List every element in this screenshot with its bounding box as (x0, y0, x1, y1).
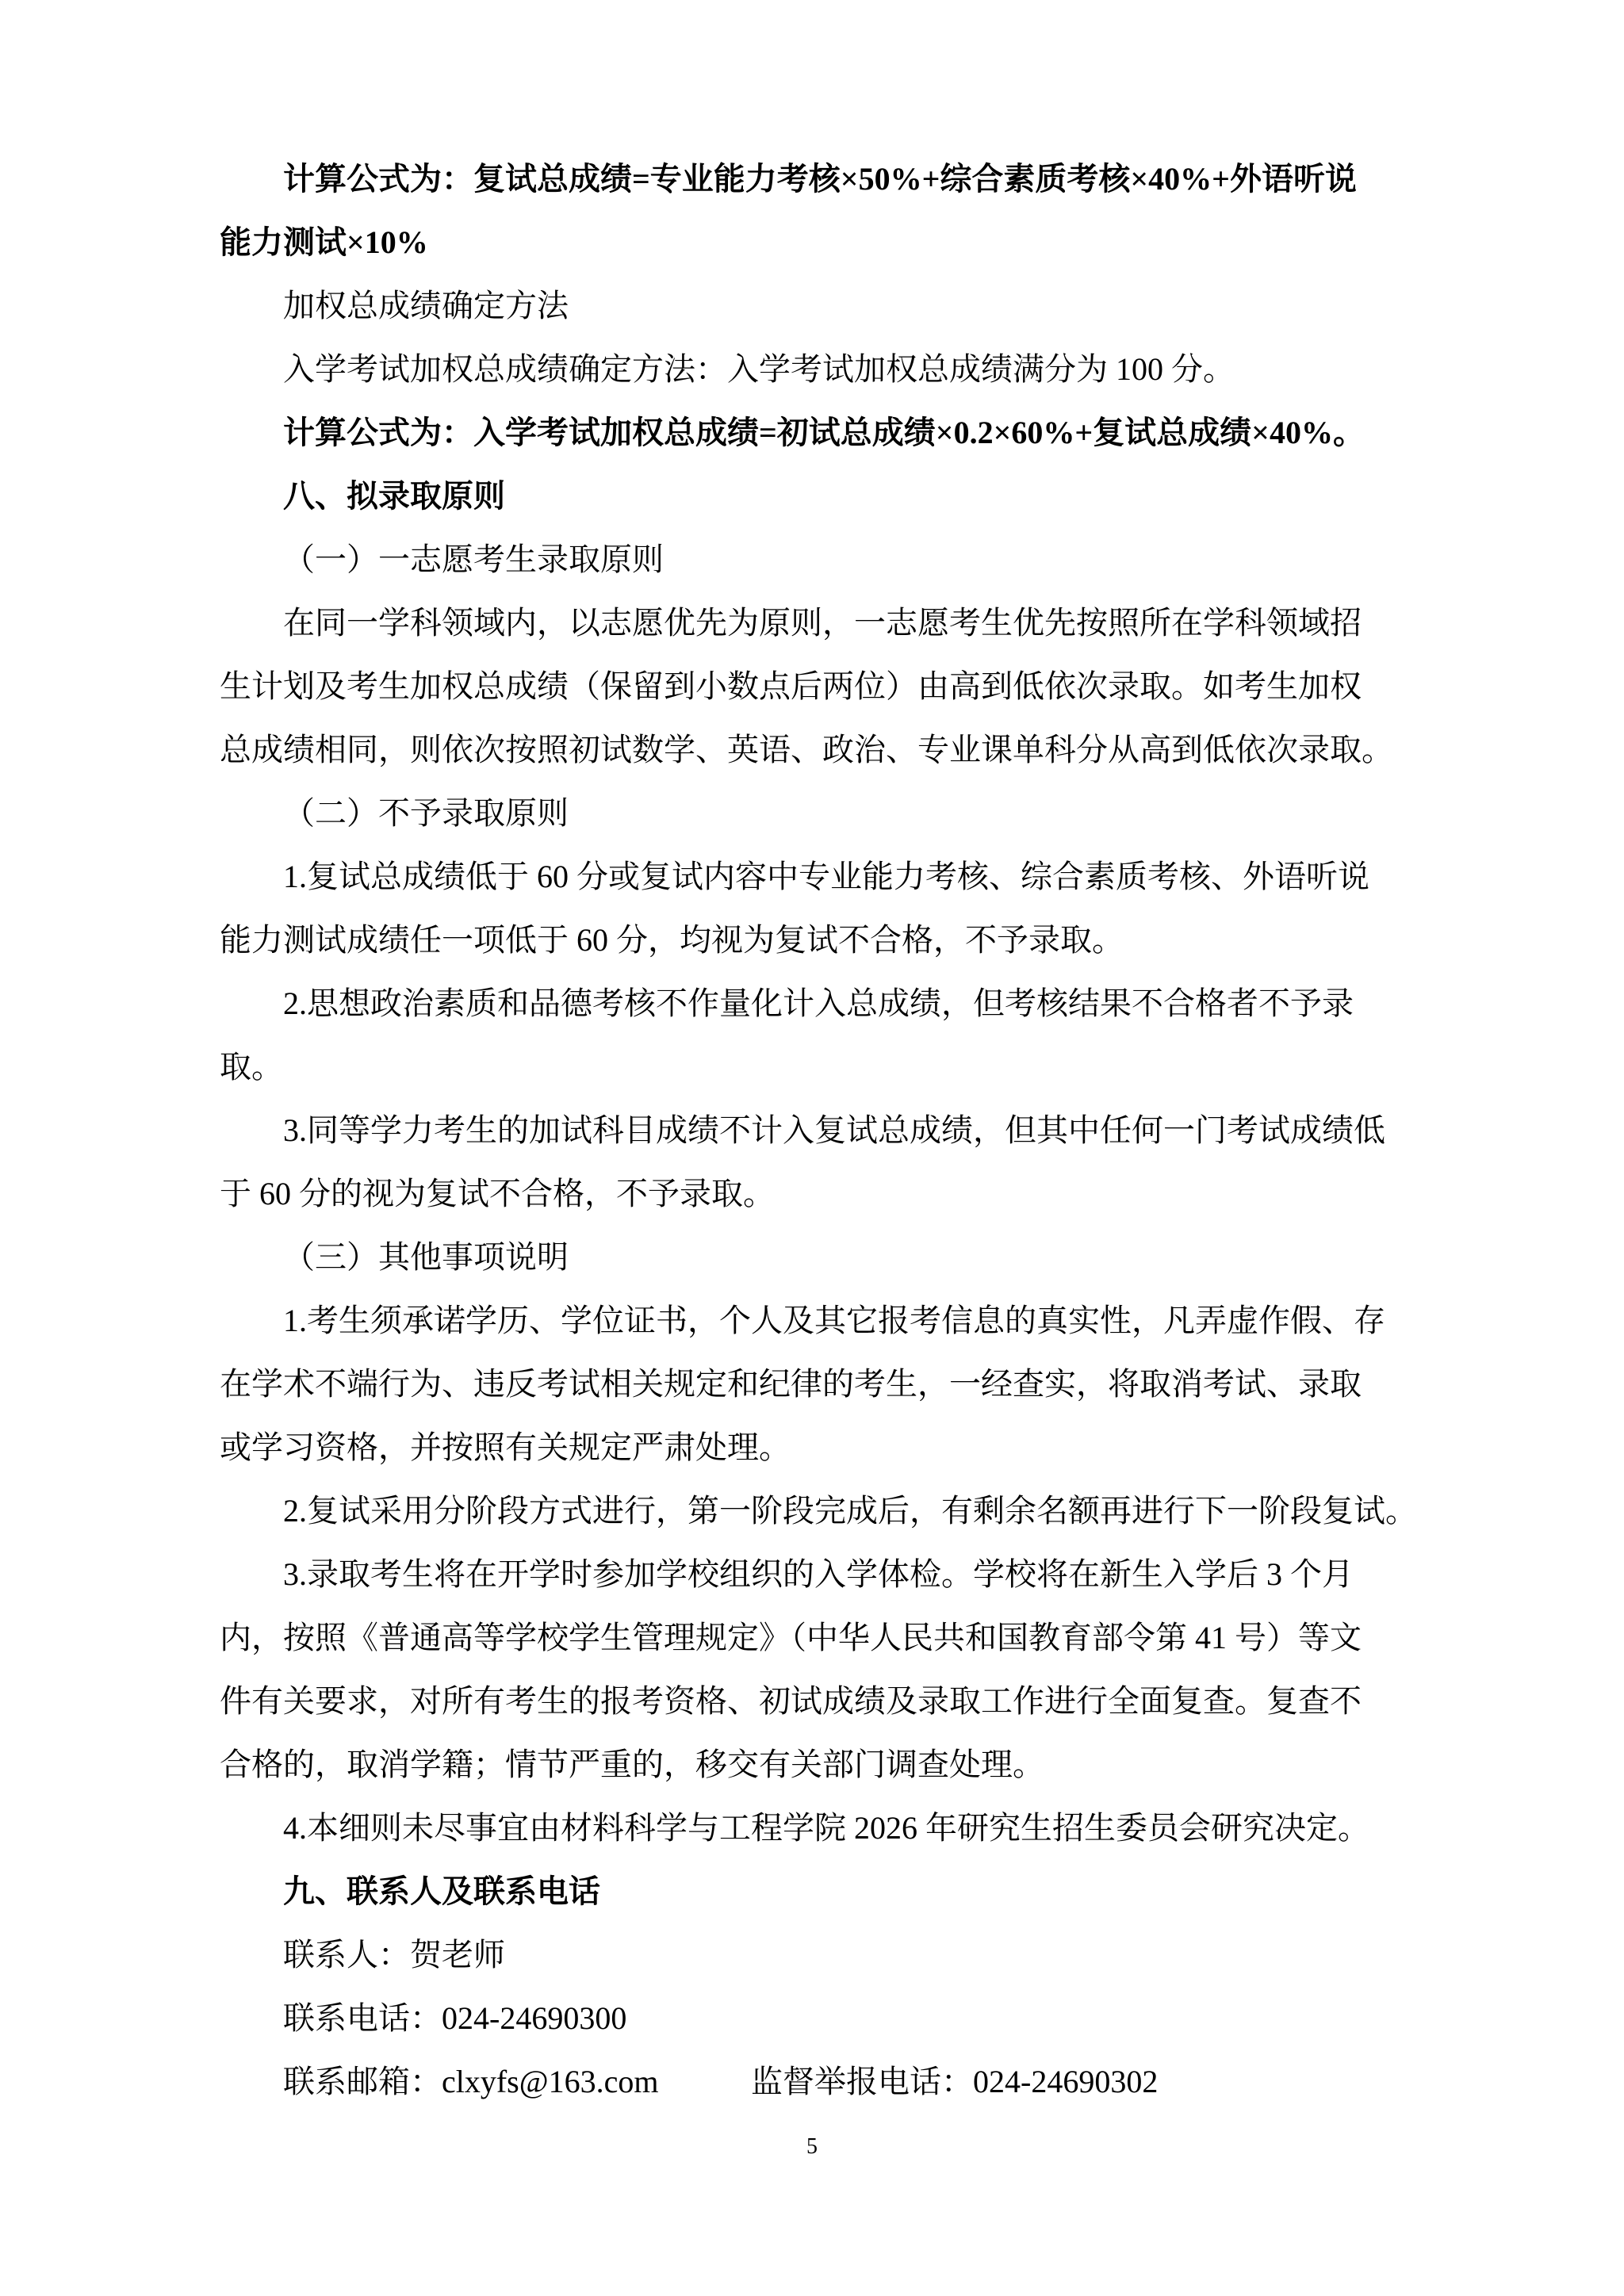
contact-email-row: 联系邮箱：clxyfs@163.com 监督举报电话：024-24690302 (220, 2050, 1395, 2114)
weighted-formula: 计算公式为：入学考试加权总成绩=初试总成绩×0.2×60%+复试总成绩×40%。 (220, 401, 1395, 465)
subsection-1-line-2: 生计划及考生加权总成绩（保留到小数点后两位）由高到低依次录取。如考生加权 (220, 655, 1395, 718)
retest-formula-line-2: 能力测试×10% (220, 211, 1395, 274)
reject-rule-1-line-2: 能力测试成绩任一项低于 60 分，均视为复试不合格，不予录取。 (220, 909, 1395, 972)
contact-phone: 联系电话：024-24690300 (220, 1987, 1395, 2050)
reject-rule-3-line-1: 3.同等学力考生的加试科目成绩不计入复试总成绩，但其中任何一门考试成绩低 (220, 1099, 1395, 1162)
reject-rule-3-line-2: 于 60 分的视为复试不合格，不予录取。 (220, 1162, 1395, 1226)
subsection-1-title: （一）一志愿考生录取原则 (220, 528, 1395, 591)
subsection-2-title: （二）不予录取原则 (220, 782, 1395, 845)
other-note-1-line-3: 或学习资格，并按照有关规定严肃处理。 (220, 1416, 1395, 1479)
reject-rule-2-line-1: 2.思想政治素质和品德考核不作量化计入总成绩，但考核结果不合格者不予录 (220, 972, 1395, 1035)
page-number: 5 (0, 2131, 1624, 2163)
document-page: 计算公式为：复试总成绩=专业能力考核×50%+综合素质考核×40%+外语听说 能… (220, 147, 1395, 2114)
retest-formula-line-1: 计算公式为：复试总成绩=专业能力考核×50%+综合素质考核×40%+外语听说 (220, 147, 1395, 211)
other-note-3-line-1: 3.录取考生将在开学时参加学校组织的入学体检。学校将在新生入学后 3 个月 (220, 1543, 1395, 1606)
subsection-1-line-1: 在同一学科领域内，以志愿优先为原则，一志愿考生优先按照所在学科领域招 (220, 591, 1395, 655)
contact-email: 联系邮箱：clxyfs@163.com (283, 2050, 751, 2114)
other-note-4-line-1: 4.本细则未尽事宜由材料科学与工程学院 2026 年研究生招生委员会研究决定。 (220, 1797, 1395, 1860)
weighted-method-heading: 加权总成绩确定方法 (220, 274, 1395, 338)
reject-rule-2-line-2: 取。 (220, 1035, 1395, 1099)
weighted-method-description: 入学考试加权总成绩确定方法：入学考试加权总成绩满分为 100 分。 (220, 338, 1395, 401)
section-8-title: 八、拟录取原则 (220, 465, 1395, 528)
other-note-3-line-4: 合格的，取消学籍；情节严重的，移交有关部门调查处理。 (220, 1733, 1395, 1797)
subsection-1-line-3: 总成绩相同，则依次按照初试数学、英语、政治、专业课单科分从高到低依次录取。 (220, 718, 1395, 782)
subsection-3-title: （三）其他事项说明 (220, 1226, 1395, 1289)
contact-person: 联系人：贺老师 (220, 1923, 1395, 1987)
other-note-3-line-2: 内，按照《普通高等学校学生管理规定》（中华人民共和国教育部令第 41 号）等文 (220, 1606, 1395, 1670)
other-note-1-line-2: 在学术不端行为、违反考试相关规定和纪律的考生，一经查实，将取消考试、录取 (220, 1353, 1395, 1416)
report-phone: 监督举报电话：024-24690302 (751, 2050, 1158, 2114)
other-note-1-line-1: 1.考生须承诺学历、学位证书，个人及其它报考信息的真实性，凡弄虚作假、存 (220, 1289, 1395, 1353)
other-note-3-line-3: 件有关要求，对所有考生的报考资格、初试成绩及录取工作进行全面复查。复查不 (220, 1670, 1395, 1733)
section-9-title: 九、联系人及联系电话 (220, 1860, 1395, 1923)
other-note-2-line-1: 2.复试采用分阶段方式进行，第一阶段完成后，有剩余名额再进行下一阶段复试。 (220, 1479, 1395, 1543)
reject-rule-1-line-1: 1.复试总成绩低于 60 分或复试内容中专业能力考核、综合素质考核、外语听说 (220, 845, 1395, 909)
